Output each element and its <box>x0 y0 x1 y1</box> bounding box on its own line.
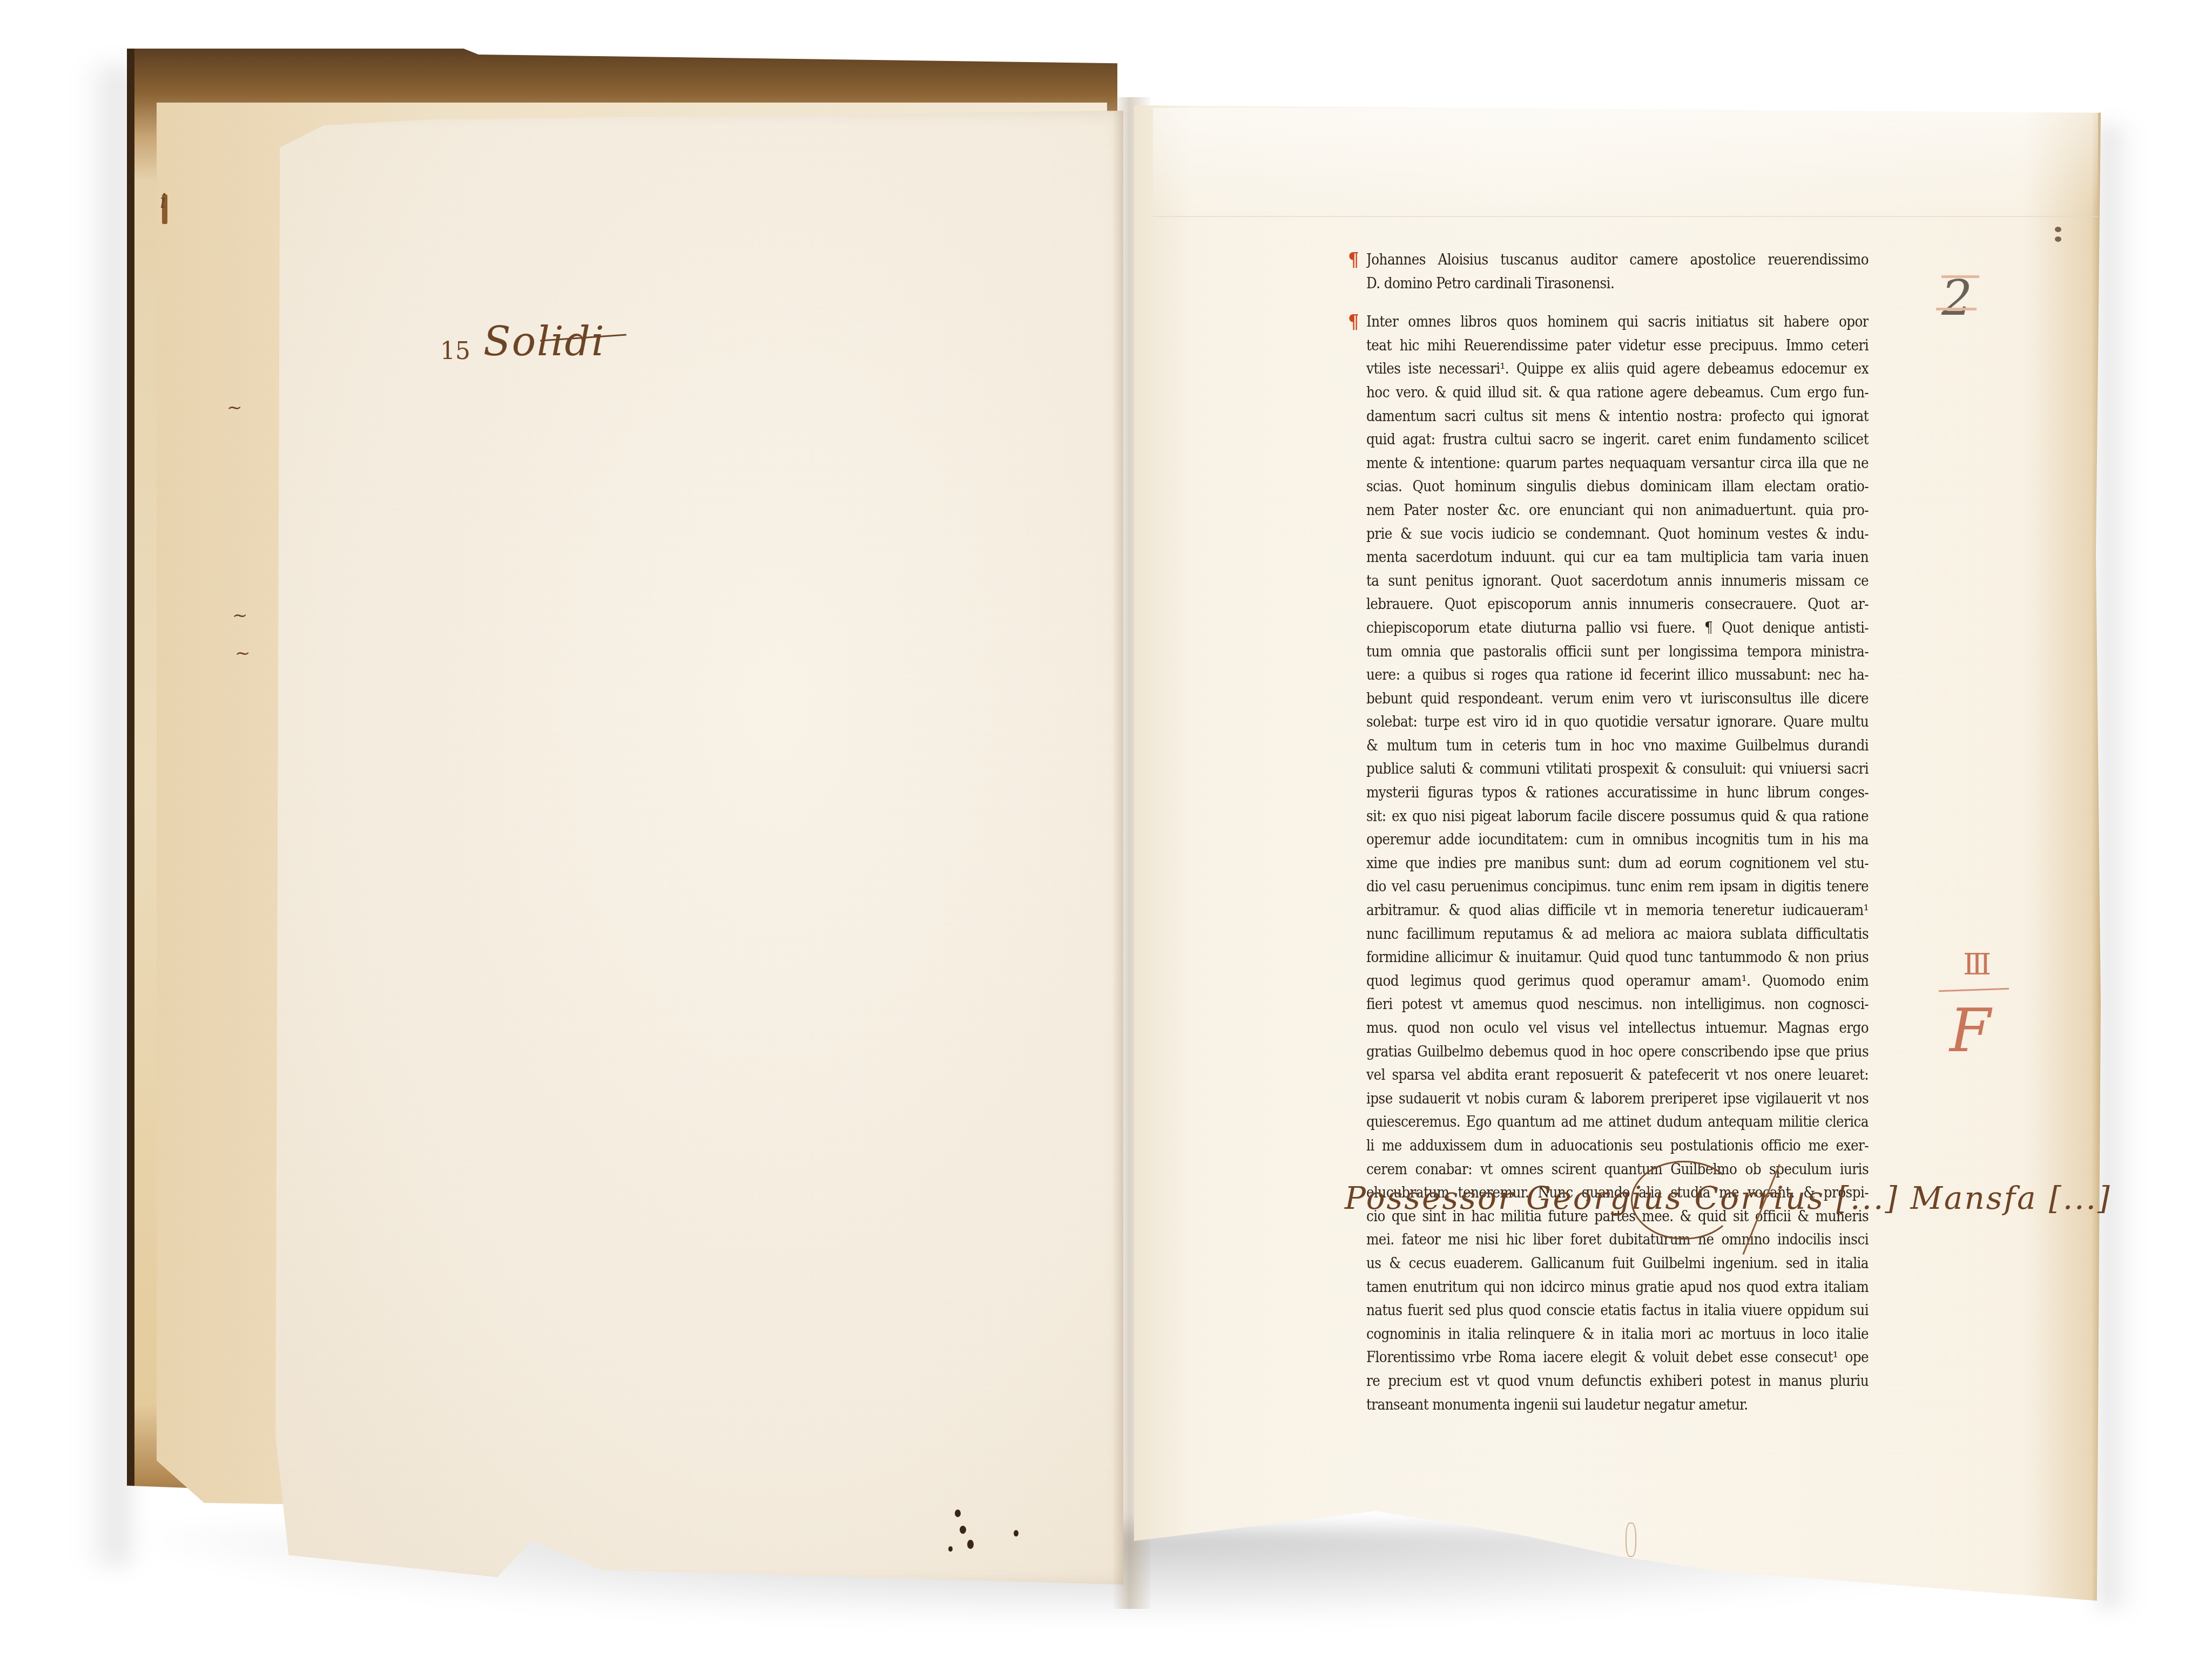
flyleaf-note-number: 15 <box>440 337 470 365</box>
body-line: ipse sudauerit vt nobis curam & laborem … <box>1366 1087 1869 1111</box>
wormhole <box>960 1526 966 1534</box>
wormhole <box>967 1540 974 1549</box>
body-line: vtiles iste necessari¹. Quippe ex aliis … <box>1366 357 1869 381</box>
body-line: tamen enutritum qui non idcirco minus gr… <box>1366 1276 1869 1300</box>
body-line: tum omnia que pastoralis officii sunt pe… <box>1366 640 1869 664</box>
body-line: mente & intentione: quarum partes nequaq… <box>1366 452 1869 476</box>
body-line: quid agat: frustra cultui sacro se inger… <box>1366 428 1869 452</box>
page-top-band <box>1153 108 2098 217</box>
body-line: xime que indies pre manibus sunt: dum ad… <box>1366 852 1869 876</box>
body-line: nunc facillimum reputamus & ad meliora a… <box>1366 923 1869 946</box>
body-line: teat hic mihi Reuerendissime pater videt… <box>1366 334 1869 358</box>
body-line: menta sacerdotum induunt. qui cur ea tam… <box>1366 546 1869 570</box>
wormhole <box>948 1546 953 1552</box>
body-line: quod legimus quod gerimus quod operamur … <box>1366 970 1869 993</box>
body-line: operemur adde iocunditatem: cum in omnib… <box>1366 828 1869 852</box>
red-crayon-letter: F <box>1950 996 1991 1065</box>
book-shadow-right <box>2098 124 2136 1609</box>
body-line: & multum tum in ceteris tum in hoc vno m… <box>1366 734 1869 758</box>
body-line: mus. quod non oculo vel visus vel intell… <box>1366 1017 1869 1040</box>
body-line: arbitramur. & quod alias difficile vt in… <box>1366 899 1869 923</box>
body-line: nem Pater noster &c. ore enunciant qui n… <box>1366 499 1869 523</box>
wormhole <box>955 1510 961 1517</box>
preface-body: ¶ Inter omnes libros quos hominem qui sa… <box>1366 310 1869 1417</box>
body-line: solebat: turpe est viro id in quo quotid… <box>1366 710 1869 734</box>
body-line: bebunt quid respondeant. verum enim vero… <box>1366 687 1869 711</box>
body-line: uere: a quibus si roges qua ratione id f… <box>1366 664 1869 687</box>
body-line: transeant monumenta ingenii sui laudetur… <box>1366 1393 1869 1417</box>
body-line: publice saluti & communi vtilitati prosp… <box>1366 757 1869 781</box>
red-crayon-numeral: III <box>1963 948 1988 982</box>
signature-mark-underline-top <box>1941 275 1979 278</box>
body-line: Inter omnes libros quos hominem qui sacr… <box>1366 310 1869 334</box>
body-line: scias. Quot hominum singulis diebus domi… <box>1366 475 1869 499</box>
body-line: fieri potest vt amemus quod nescimus. no… <box>1366 993 1869 1017</box>
body-line: us & cecus euaderem. Gallicanum fuit Gui… <box>1366 1252 1869 1276</box>
body-line: cerem conabar: vt omnes scirent quantum … <box>1366 1158 1869 1182</box>
signature-mark: 2 <box>1941 270 1972 327</box>
body-line: damentum sacri cultus sit mens & intenti… <box>1366 405 1869 429</box>
body-line: cognominis in italia relinquere & in ita… <box>1366 1323 1869 1346</box>
signature-mark-underline-bottom <box>1936 308 1977 310</box>
margin-mark: i <box>160 189 166 213</box>
body-line: dio vel casu peruenimus concipimus. tunc… <box>1366 875 1869 899</box>
heading-line: D. domino Petro cardinali Tirasonensi. <box>1366 272 1869 296</box>
folio-colon-mark <box>2055 227 2062 248</box>
body-line: gratias Guilbelmo debemus quod in hoc op… <box>1366 1040 1869 1064</box>
printed-text-block: ¶ Johannes Aloisius tuscanus auditor cam… <box>1366 248 1869 1417</box>
body-line: ta sunt penitus ignorant. Quot sacerdotu… <box>1366 570 1869 593</box>
page-spot <box>1626 1522 1636 1557</box>
rubric-paragraph-mark: ¶ <box>1348 248 1359 272</box>
preface-heading: ¶ Johannes Aloisius tuscanus auditor cam… <box>1366 248 1869 295</box>
book-shadow-left <box>81 65 130 1566</box>
margin-mark: ~ <box>232 605 248 626</box>
body-line: Florentissimo vrbe Roma iacere elegit & … <box>1366 1346 1869 1370</box>
left-flyleaf-page <box>254 111 1123 1585</box>
photograph-scene: i ~ ~ ~ 15 Solidi 2 III F ¶ Johannes Alo… <box>0 0 2212 1658</box>
heading-line: Johannes Aloisius tuscanus auditor camer… <box>1366 248 1869 272</box>
flyleaf-note-text: Solidi <box>483 319 605 365</box>
paragraph-gap <box>1366 295 1869 310</box>
body-line: sit: ex quo nisi pigeat laborum facile d… <box>1366 805 1869 829</box>
body-line: mei. fateor me nisi hic liber foret dubi… <box>1366 1228 1869 1252</box>
body-line: prie & sue vocis iudicio se condemnant. … <box>1366 523 1869 546</box>
body-line: re precium est vt quod vnum defunctis ex… <box>1366 1370 1869 1393</box>
body-line: hoc vero. & quid illud sit. & qua ration… <box>1366 381 1869 405</box>
body-line: chiepiscoporum etate diuturna pallio vsi… <box>1366 617 1869 640</box>
body-line: lebrauere. Quot episcoporum annis innume… <box>1366 593 1869 617</box>
inscription-flourish <box>1631 1161 1737 1240</box>
body-line: li me adduxissem dum in aduocationis seu… <box>1366 1134 1869 1158</box>
rubric-paragraph-mark: ¶ <box>1348 310 1359 334</box>
body-line: quiesceremus. Ego quantum ad me attinet … <box>1366 1111 1869 1134</box>
margin-mark: ~ <box>235 642 251 664</box>
body-line: formidine allicimur & inuitamur. Quid qu… <box>1366 946 1869 970</box>
body-line: natus fuerit sed plus quod conscie etati… <box>1366 1299 1869 1323</box>
wormhole <box>1014 1530 1019 1537</box>
margin-mark: ~ <box>227 397 242 418</box>
body-line: mysterii figuras typos & rationes accura… <box>1366 781 1869 805</box>
body-line: vel sparsa vel abdita erant reposuerit &… <box>1366 1064 1869 1087</box>
